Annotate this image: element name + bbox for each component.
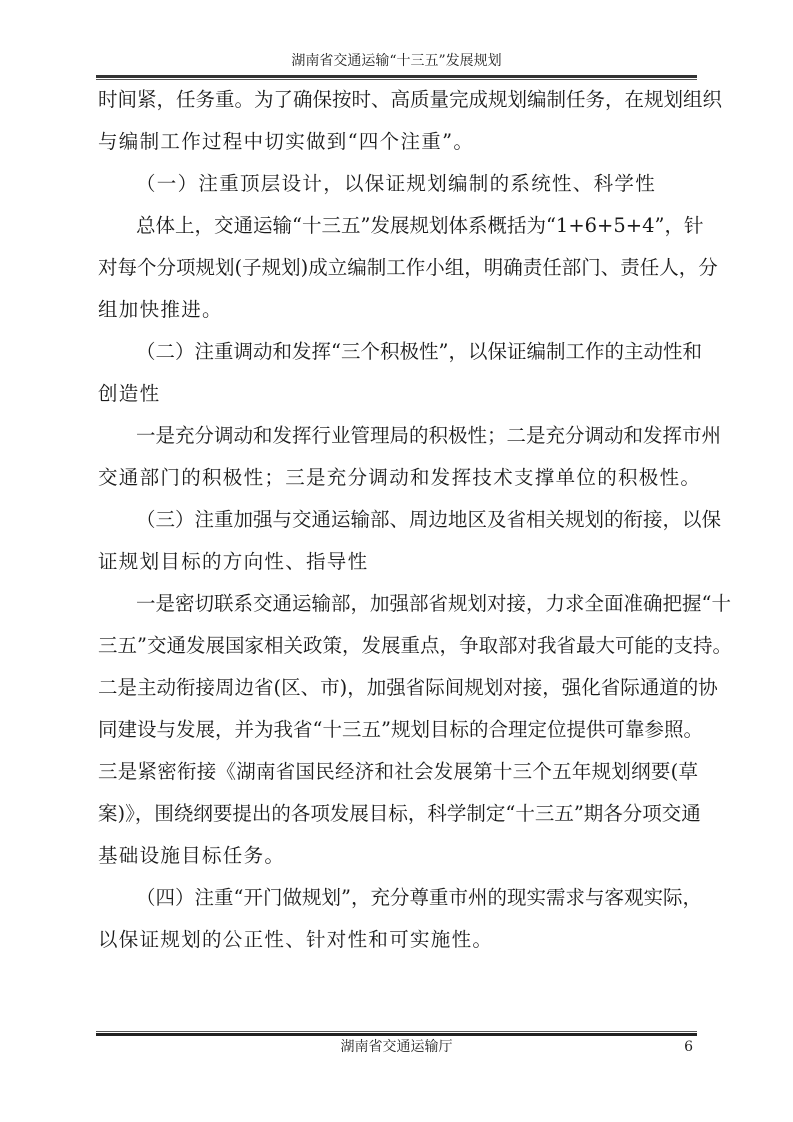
body-line: 同建设与发展，并为我省“十三五”规划目标的合理定位提供可靠参照。	[98, 709, 698, 751]
body-line: 与编制工作过程中切实做到“四个注重”。	[98, 121, 698, 163]
body-line: 一是充分调动和发挥行业管理局的积极性；二是充分调动和发挥市州	[98, 415, 698, 457]
section-heading-2-cont: 创造性	[98, 373, 698, 415]
page-number: 6	[684, 1036, 693, 1058]
section-heading-2: （二）注重调动和发挥“三个积极性”，以保证编制工作的主动性和	[98, 331, 698, 373]
document-body: 时间紧，任务重。为了确保按时、高质量完成规划编制任务，在规划组织 与编制工作过程…	[98, 79, 698, 961]
running-footer: 湖南省交通运输厅 6	[96, 1036, 697, 1058]
body-line: 案)》，围绕纲要提出的各项发展目标，科学制定“十三五”期各分项交通	[98, 793, 698, 835]
section-heading-4-cont: 以保证规划的公正性、针对性和可实施性。	[98, 919, 698, 961]
body-line: 交通部门的积极性；三是充分调动和发挥技术支撑单位的积极性。	[98, 457, 698, 499]
body-line: 一是密切联系交通运输部，加强部省规划对接，力求全面准确把握“十	[98, 583, 698, 625]
section-heading-3: （三）注重加强与交通运输部、周边地区及省相关规划的衔接，以保	[98, 499, 698, 541]
section-heading-3-cont: 证规划目标的方向性、指导性	[98, 541, 698, 583]
running-header: 湖南省交通运输“十三五”发展规划	[96, 50, 697, 72]
body-line: 三是紧密衔接《湖南省国民经济和社会发展第十三个五年规划纲要(草	[98, 751, 698, 793]
header-rule	[96, 75, 697, 78]
footer-rule	[96, 1031, 697, 1032]
body-line: 对每个分项规划(子规划)成立编制工作小组，明确责任部门、责任人，分	[98, 247, 698, 289]
footer-organization: 湖南省交通运输厅	[96, 1036, 697, 1058]
section-heading-1: （一）注重顶层设计，以保证规划编制的系统性、科学性	[98, 163, 698, 205]
body-line: 三五”交通发展国家相关政策，发展重点，争取部对我省最大可能的支持。	[98, 625, 698, 667]
body-line: 组加快推进。	[98, 289, 698, 331]
section-heading-4: （四）注重“开门做规划”，充分尊重市州的现实需求与客观实际，	[98, 877, 698, 919]
body-line: 总体上，交通运输“十三五”发展规划体系概括为“1+6+5+4”，针	[98, 205, 698, 247]
body-line: 基础设施目标任务。	[98, 835, 698, 877]
body-line: 二是主动衔接周边省(区、市)，加强省际间规划对接，强化省际通道的协	[98, 667, 698, 709]
body-line: 时间紧，任务重。为了确保按时、高质量完成规划编制任务，在规划组织	[98, 79, 698, 121]
